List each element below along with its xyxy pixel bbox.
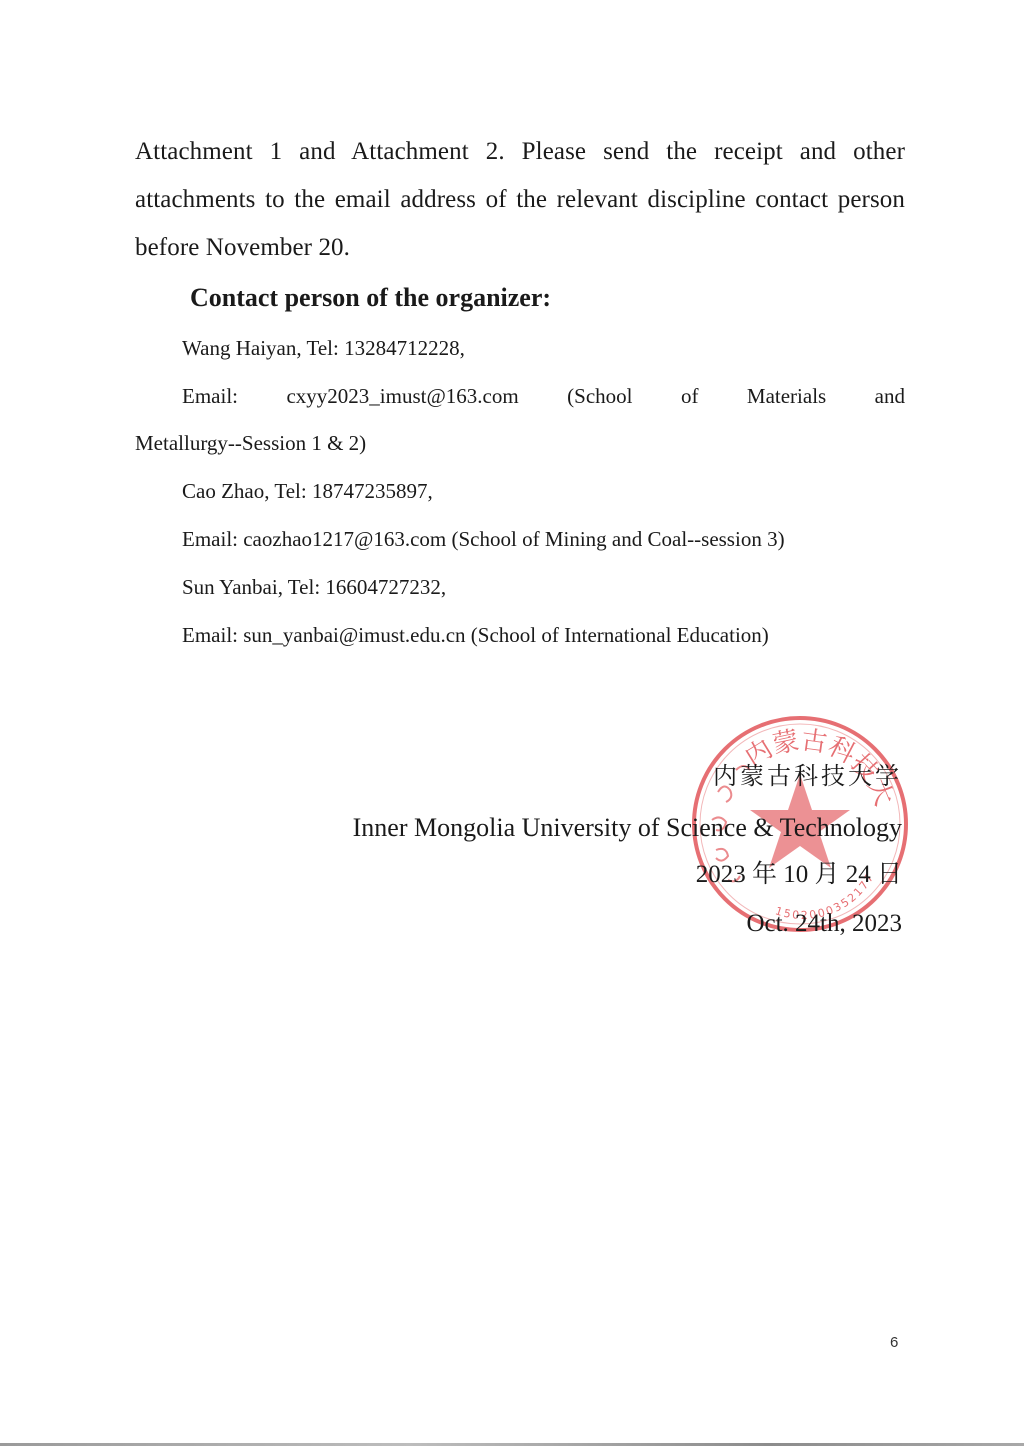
contact-1-school-word: (School — [567, 381, 632, 411]
contact-2-email-line: Email: caozhao1217@163.com (School of Mi… — [182, 524, 785, 554]
contact-1-email-row: Email: cxyy2023_imust@163.com (School of… — [182, 381, 905, 411]
contact-1-school-continued: Metallurgy--Session 1 & 2) — [135, 428, 366, 458]
signature-date-cn: 2023 年 10 月 24 日 — [696, 857, 902, 893]
page-number: 6 — [890, 1334, 898, 1351]
contact-1-email[interactable]: cxyy2023_imust@163.com — [286, 381, 518, 411]
contact-2-tel: Cao Zhao, Tel: 18747235897, — [182, 476, 433, 506]
signature-name-en: Inner Mongolia University of Science & T… — [353, 808, 902, 848]
contact-3-tel: Sun Yanbai, Tel: 16604727232, — [182, 572, 446, 602]
contact-1-school-word: Materials — [747, 381, 826, 411]
signature-name-cn: 内蒙古科技大学 — [713, 758, 902, 794]
page-bottom-edge — [0, 1443, 1024, 1446]
signature-date-en: Oct. 24th, 2023 — [746, 904, 902, 944]
contact-1-school-word: of — [681, 381, 699, 411]
contact-1-email-label: Email: — [182, 381, 238, 411]
contacts-heading: Contact person of the organizer: — [190, 278, 551, 318]
body-paragraph: Attachment 1 and Attachment 2. Please se… — [135, 128, 905, 272]
contact-3-email-line: Email: sun_yanbai@imust.edu.cn (School o… — [182, 620, 769, 650]
contact-1-school-word: and — [875, 381, 905, 411]
contact-1-tel: Wang Haiyan, Tel: 13284712228, — [182, 333, 465, 363]
document-page: Attachment 1 and Attachment 2. Please se… — [0, 0, 1024, 1448]
